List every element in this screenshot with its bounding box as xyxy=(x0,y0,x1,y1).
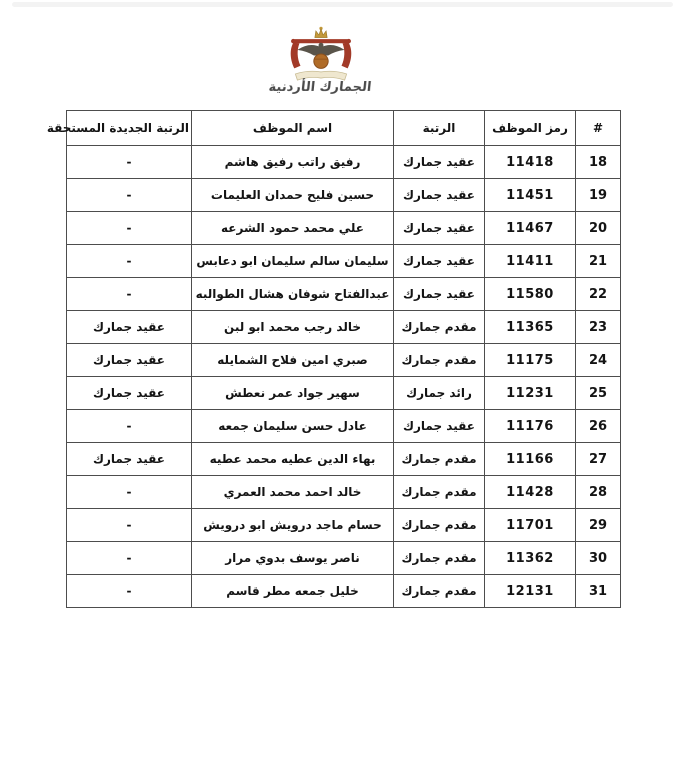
cell-index: 30 xyxy=(576,542,621,575)
cell-rank: مقدم جمارك xyxy=(394,476,485,509)
logo-calligraphy-text: الجمارك الأردنية xyxy=(249,80,391,95)
scanned-document-page: الجمارك الأردنية # رمز الموظف الرتبة اسم… xyxy=(0,0,683,776)
cell-index: 20 xyxy=(576,212,621,245)
cell-employee-name: عبدالفتاح شوفان هشال الطوالبه xyxy=(192,278,394,311)
col-header-employee-code: رمز الموظف xyxy=(485,111,576,146)
cell-rank: عقيد جمارك xyxy=(394,146,485,179)
table-row: 30 11362 مقدم جمارك ناصر يوسف بدوي مرار … xyxy=(67,542,621,575)
cell-new-rank: - xyxy=(67,476,192,509)
table-row: 24 11175 مقدم جمارك صبري امين فلاح الشما… xyxy=(67,344,621,377)
cell-employee-code: 11166 xyxy=(485,443,576,476)
cell-new-rank: عقيد جمارك xyxy=(67,377,192,410)
cell-index: 27 xyxy=(576,443,621,476)
cell-rank: مقدم جمارك xyxy=(394,443,485,476)
cell-rank: مقدم جمارك xyxy=(394,509,485,542)
cell-new-rank: عقيد جمارك xyxy=(67,443,192,476)
cell-employee-code: 11418 xyxy=(485,146,576,179)
cell-employee-name: سهير جواد عمر نعطش xyxy=(192,377,394,410)
cell-employee-name: عادل حسن سليمان جمعه xyxy=(192,410,394,443)
cell-rank: عقيد جمارك xyxy=(394,179,485,212)
cell-index: 21 xyxy=(576,245,621,278)
promotion-table: # رمز الموظف الرتبة اسم الموظف الرتبة ال… xyxy=(66,110,621,608)
crest-graphic xyxy=(281,26,361,84)
table-row: 29 11701 مقدم جمارك حسام ماجد درويش ابو … xyxy=(67,509,621,542)
cell-index: 25 xyxy=(576,377,621,410)
col-header-rank: الرتبة xyxy=(394,111,485,146)
cell-employee-name: ناصر يوسف بدوي مرار xyxy=(192,542,394,575)
cell-employee-name: حسين فليح حمدان العليمات xyxy=(192,179,394,212)
cell-employee-name: بهاء الدين عطيه محمد عطيه xyxy=(192,443,394,476)
table-row: 26 11176 عقيد جمارك عادل حسن سليمان جمعه… xyxy=(67,410,621,443)
table-row: 18 11418 عقيد جمارك رفيق راتب رفيق هاشم … xyxy=(67,146,621,179)
cell-index: 26 xyxy=(576,410,621,443)
cell-employee-code: 11365 xyxy=(485,311,576,344)
cell-employee-name: علي محمد حمود الشرعه xyxy=(192,212,394,245)
cell-index: 29 xyxy=(576,509,621,542)
cell-new-rank: - xyxy=(67,410,192,443)
cell-rank: عقيد جمارك xyxy=(394,410,485,443)
cell-employee-code: 11362 xyxy=(485,542,576,575)
cell-new-rank: - xyxy=(67,179,192,212)
cell-rank: مقدم جمارك xyxy=(394,311,485,344)
cell-employee-code: 11428 xyxy=(485,476,576,509)
cell-employee-code: 11701 xyxy=(485,509,576,542)
cell-rank: مقدم جمارك xyxy=(394,344,485,377)
cell-employee-name: خليل جمعه مطر قاسم xyxy=(192,575,394,608)
cell-new-rank: - xyxy=(67,278,192,311)
cell-new-rank: عقيد جمارك xyxy=(67,311,192,344)
cell-employee-code: 11175 xyxy=(485,344,576,377)
table-row: 19 11451 عقيد جمارك حسين فليح حمدان العل… xyxy=(67,179,621,212)
cell-new-rank: - xyxy=(67,575,192,608)
cell-index: 18 xyxy=(576,146,621,179)
cell-employee-name: خالد رجب محمد ابو لبن xyxy=(192,311,394,344)
cell-employee-code: 11231 xyxy=(485,377,576,410)
table-row: 22 11580 عقيد جمارك عبدالفتاح شوفان هشال… xyxy=(67,278,621,311)
cell-employee-name: سليمان سالم سليمان ابو دعابس xyxy=(192,245,394,278)
table-header-row: # رمز الموظف الرتبة اسم الموظف الرتبة ال… xyxy=(67,111,621,146)
cell-employee-code: 11467 xyxy=(485,212,576,245)
cell-employee-name: حسام ماجد درويش ابو درويش xyxy=(192,509,394,542)
cell-index: 23 xyxy=(576,311,621,344)
cell-employee-code: 11451 xyxy=(485,179,576,212)
cell-employee-name: رفيق راتب رفيق هاشم xyxy=(192,146,394,179)
col-header-employee-name: اسم الموظف xyxy=(192,111,394,146)
cell-new-rank: - xyxy=(67,509,192,542)
cell-rank: مقدم جمارك xyxy=(394,575,485,608)
table-row: 21 11411 عقيد جمارك سليمان سالم سليمان ا… xyxy=(67,245,621,278)
cell-index: 19 xyxy=(576,179,621,212)
cell-new-rank: - xyxy=(67,212,192,245)
table-row: 25 11231 رائد جمارك سهير جواد عمر نعطش ع… xyxy=(67,377,621,410)
cell-new-rank: عقيد جمارك xyxy=(67,344,192,377)
cell-rank: عقيد جمارك xyxy=(394,212,485,245)
cell-rank: رائد جمارك xyxy=(394,377,485,410)
cell-employee-name: صبري امين فلاح الشمايله xyxy=(192,344,394,377)
cell-rank: عقيد جمارك xyxy=(394,245,485,278)
cell-index: 24 xyxy=(576,344,621,377)
cell-employee-code: 12131 xyxy=(485,575,576,608)
col-header-index: # xyxy=(576,111,621,146)
table-row: 31 12131 مقدم جمارك خليل جمعه مطر قاسم - xyxy=(67,575,621,608)
col-header-new-rank: الرتبة الجديدة المستحقة xyxy=(67,111,192,146)
cell-index: 28 xyxy=(576,476,621,509)
cell-rank: عقيد جمارك xyxy=(394,278,485,311)
table-row: 27 11166 مقدم جمارك بهاء الدين عطيه محمد… xyxy=(67,443,621,476)
cell-rank: مقدم جمارك xyxy=(394,542,485,575)
cell-new-rank: - xyxy=(67,245,192,278)
cell-new-rank: - xyxy=(67,542,192,575)
cell-employee-code: 11411 xyxy=(485,245,576,278)
cell-employee-name: خالد احمد محمد العمري xyxy=(192,476,394,509)
jordan-coat-of-arms-logo xyxy=(281,26,361,84)
cell-index: 22 xyxy=(576,278,621,311)
scan-artifact-top xyxy=(12,2,673,7)
table-row: 20 11467 عقيد جمارك علي محمد حمود الشرعه… xyxy=(67,212,621,245)
cell-employee-code: 11580 xyxy=(485,278,576,311)
table-row: 28 11428 مقدم جمارك خالد احمد محمد العمر… xyxy=(67,476,621,509)
cell-employee-code: 11176 xyxy=(485,410,576,443)
cell-index: 31 xyxy=(576,575,621,608)
table-row: 23 11365 مقدم جمارك خالد رجب محمد ابو لب… xyxy=(67,311,621,344)
cell-new-rank: - xyxy=(67,146,192,179)
